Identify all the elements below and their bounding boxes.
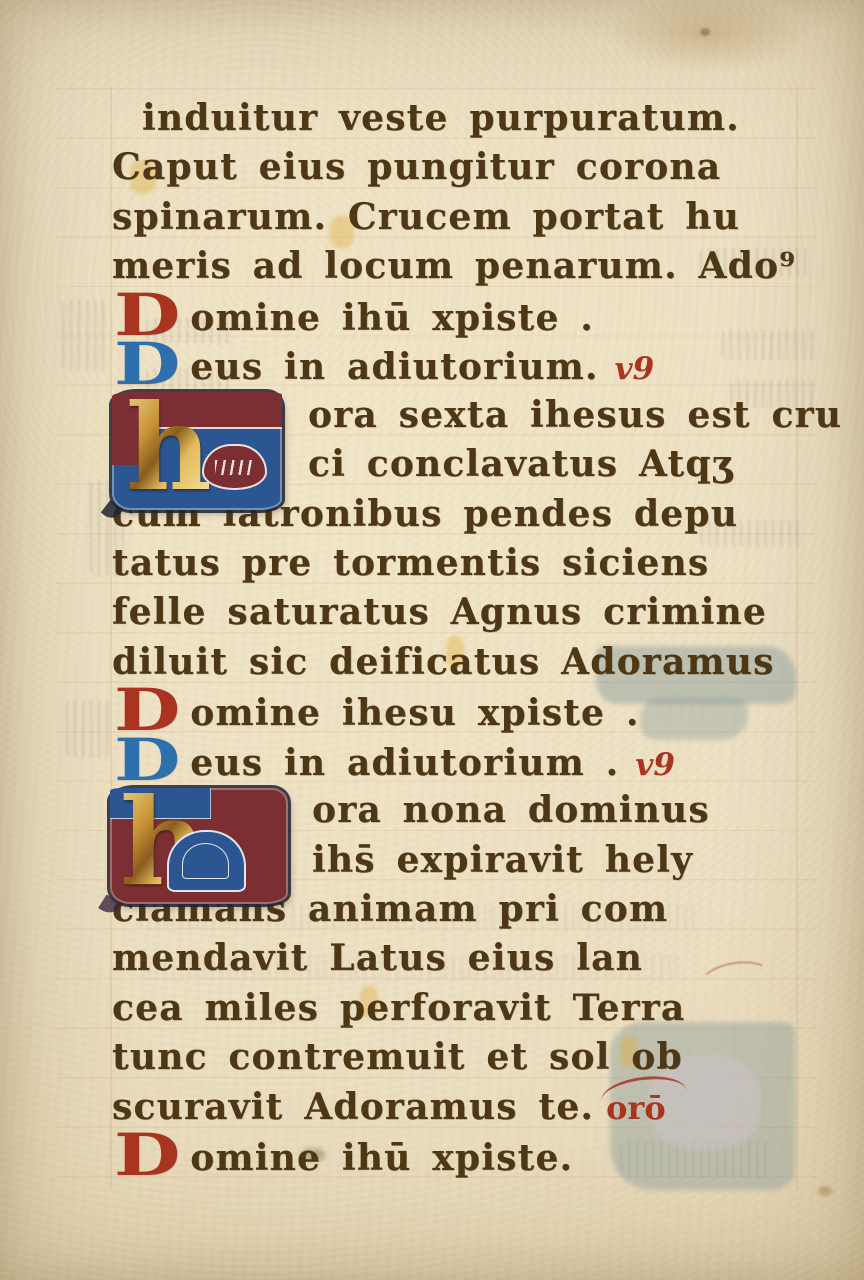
line-text: Caput eius pungitur corona bbox=[112, 146, 721, 188]
text-line: mendavit Latus eius lan bbox=[112, 934, 824, 983]
illuminated-initial-h-none: h bbox=[110, 788, 288, 904]
text-line: felle saturatus Agnus crimine bbox=[112, 588, 824, 637]
text-line: meris ad locum penarum. Ado⁹ bbox=[112, 242, 824, 291]
line-text: ora sexta ihesus est cru bbox=[308, 394, 842, 436]
text-line: Caput eius pungitur corona bbox=[112, 143, 824, 192]
text-line: cea miles perforavit Terra bbox=[112, 984, 824, 1033]
line-text: omine ihū xpiste. bbox=[190, 1137, 573, 1179]
text-line: diluit sic deificatus Adoramus bbox=[112, 638, 824, 687]
text-line: Domine ihū xpiste. bbox=[112, 1132, 824, 1181]
line-text: ihs̄ expiravit hely bbox=[312, 839, 693, 881]
text-line: Domine ihū xpiste . bbox=[112, 292, 824, 341]
showthrough-stain bbox=[62, 300, 108, 370]
line-text: cea miles perforavit Terra bbox=[112, 987, 685, 1029]
line-text: felle saturatus Agnus crimine bbox=[112, 591, 767, 633]
damp-stain-top-right bbox=[606, 0, 806, 72]
line-text: omine ihū xpiste . bbox=[190, 297, 594, 339]
gold-letter-h: h bbox=[126, 378, 212, 517]
line-text: spinarum. Crucem portat hu bbox=[112, 196, 740, 238]
line-text: induitur veste purpuratum. bbox=[142, 97, 740, 139]
lombard-initial-d: D bbox=[114, 1132, 180, 1178]
versicle-mark: v9 bbox=[615, 351, 655, 387]
text-line: scuravit Adoramus te.orō bbox=[112, 1083, 824, 1132]
initial-counter-ornament bbox=[202, 444, 267, 490]
text-line: induitur veste purpuratum. bbox=[112, 94, 824, 143]
white-filigree bbox=[182, 843, 229, 879]
line-text: scuravit Adoramus te. bbox=[112, 1086, 594, 1128]
text-block: induitur veste purpuratum. Caput eius pu… bbox=[112, 94, 824, 1182]
line-text: tunc contremuit et sol ob bbox=[112, 1036, 683, 1078]
text-line: tunc contremuit et sol ob bbox=[112, 1033, 824, 1082]
line-text: meris ad locum penarum. Ado⁹ bbox=[112, 245, 796, 287]
text-line: Deus in adiutorium .v9 bbox=[112, 737, 824, 786]
versicle-mark: v9 bbox=[635, 747, 675, 783]
text-line: Domine ihesu xpiste . bbox=[112, 687, 824, 736]
line-text: ci conclavatus Atqʒ bbox=[308, 443, 733, 485]
line-text: eus in adiutorium. bbox=[190, 346, 598, 388]
white-filigree bbox=[215, 460, 254, 474]
text-line: spinarum. Crucem portat hu bbox=[112, 193, 824, 242]
line-text: omine ihesu xpiste . bbox=[190, 692, 639, 734]
showthrough-stain bbox=[66, 700, 110, 758]
text-line: Deus in adiutorium.v9 bbox=[112, 341, 824, 390]
text-line: tatus pre tormentis siciens bbox=[112, 539, 824, 588]
illuminated-initial-h-sext: h bbox=[112, 392, 282, 510]
line-text: diluit sic deificatus Adoramus bbox=[112, 641, 775, 683]
spot-stain bbox=[700, 28, 710, 36]
line-text: ora nona dominus bbox=[312, 789, 710, 831]
line-text: eus in adiutorium . bbox=[190, 742, 619, 784]
line-text: mendavit Latus eius lan bbox=[112, 937, 643, 979]
manuscript-leaf-photo: induitur veste purpuratum. Caput eius pu… bbox=[0, 0, 864, 1280]
line-text: tatus pre tormentis siciens bbox=[112, 542, 709, 584]
spot-stain bbox=[818, 1186, 832, 1196]
initial-counter-ornament bbox=[167, 830, 246, 892]
rubric-oro-mark: orō bbox=[606, 1089, 666, 1127]
